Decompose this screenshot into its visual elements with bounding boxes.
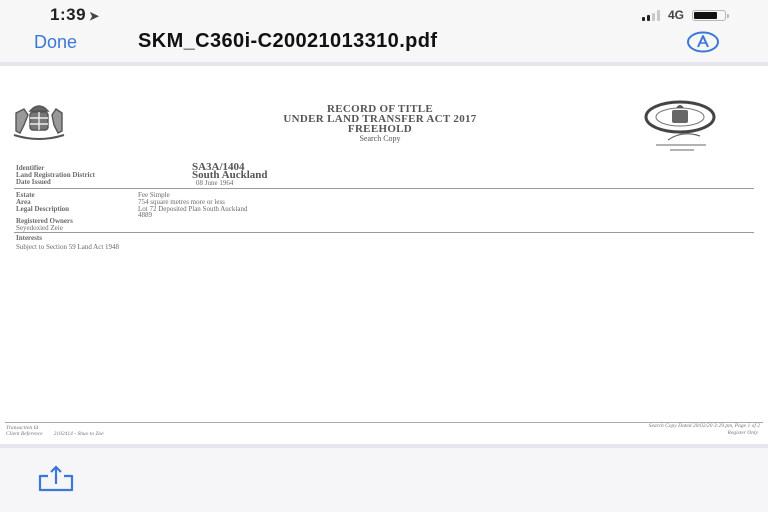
title-line-3: FREEHOLD: [190, 124, 570, 134]
bottom-toolbar: [0, 448, 768, 512]
done-button[interactable]: Done: [34, 32, 77, 53]
location-arrow-icon: ➤: [89, 9, 100, 23]
divider: [14, 188, 754, 189]
status-bar: 1:39➤ 4G: [0, 0, 768, 30]
coat-of-arms-icon: [10, 103, 68, 143]
field-label-legal-description: Legal Description: [16, 206, 69, 213]
registrar-seal-icon: [642, 100, 718, 160]
record-title-heading: RECORD OF TITLE UNDER LAND TRANSFER ACT …: [190, 104, 570, 144]
battery-icon: [692, 10, 726, 21]
markup-pen-icon: [686, 31, 720, 53]
status-indicators: 4G: [642, 8, 726, 22]
divider: [14, 232, 754, 233]
footer-search-date: Search Copy Dated 20/02/20 3:29 pm, Page…: [649, 423, 760, 429]
status-time: 1:39➤: [50, 5, 100, 25]
document-title: SKM_C360i-C20021013310.pdf: [138, 30, 437, 53]
field-value-legal-description: Lot 72 Deposited Plan South Auckland: [138, 206, 247, 213]
share-button[interactable]: [36, 464, 76, 494]
footer-client-reference: Client Reference 2102414 - Shuo to Zoe: [6, 431, 104, 437]
field-value-date-issued: 08 June 1964: [196, 180, 233, 187]
cellular-signal-icon: [642, 10, 660, 21]
title-line-4: Search Copy: [190, 134, 570, 144]
field-value-registered-owners: Seyedoxied Zeie: [16, 225, 63, 232]
field-value-legal-description-cont: 4889: [138, 212, 152, 219]
markup-button[interactable]: [686, 31, 720, 53]
nav-bar: Done SKM_C360i-C20021013310.pdf: [0, 28, 768, 58]
field-label-interests: Interests: [16, 235, 42, 242]
field-label-date-issued: Date Issued: [16, 179, 51, 186]
footer-register-only: Register Only: [728, 430, 758, 436]
network-type: 4G: [668, 8, 684, 22]
field-value-interests: Subject to Section 59 Land Act 1948: [16, 244, 119, 251]
clock: 1:39: [50, 5, 86, 24]
share-icon: [36, 464, 76, 494]
